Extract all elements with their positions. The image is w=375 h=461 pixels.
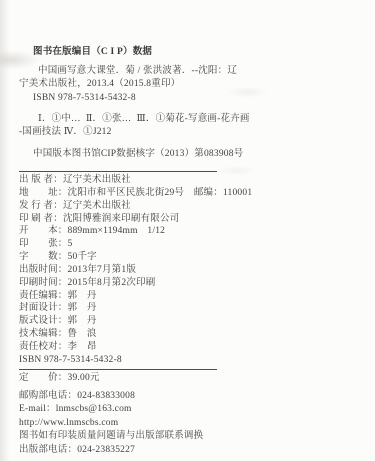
colophon-value: 5 — [68, 239, 73, 249]
cip-title-line-2: 宁美术出版社，2013.4（2015.8重印） — [0, 78, 375, 91]
colophon-value: 50千字 — [68, 252, 97, 262]
colophon-label: 出版时间： — [19, 265, 68, 275]
contact-section: 邮购部电话：024-83833008 E-mail：lnmscbs@163.co… — [0, 390, 375, 457]
colophon-row: 印 张：5 — [0, 238, 375, 251]
colophon-label: 出 版 者： — [19, 175, 63, 185]
colophon-value: 郭 丹 — [68, 316, 97, 326]
price-row: 定 价：39.00元 — [0, 372, 375, 385]
colophon-label: 责任校对： — [19, 342, 68, 352]
colophon-label: 印刷时间： — [19, 278, 68, 288]
colophon-label: 封面设计： — [19, 303, 68, 313]
colophon-row: 版式设计：郭 丹 — [0, 315, 375, 328]
colophon-label: 技术编辑： — [19, 329, 68, 339]
divider-price — [19, 369, 217, 370]
cip-classification-line-2: -国画技法 Ⅳ．①J212 — [0, 126, 375, 139]
cip-classification-line-1: Ⅰ．①中… Ⅱ．①张… Ⅲ．①菊花-写意画-花卉画 — [0, 113, 375, 126]
cip-record-number: 中国版本图书馆CIP数据核字（2013）第083908号 — [0, 148, 375, 161]
colophon-row: 发 行 者：辽宁美术出版社 — [0, 200, 375, 213]
cip-section: 图书在版编目（C I P）数据 中国画写意大课堂．菊 / 张洪波著．--沈阳：辽… — [0, 46, 375, 161]
colophon-row: 开 本：889mm×1194mm 1/12 — [0, 225, 375, 238]
colophon-row: 字 数：50千字 — [0, 251, 375, 264]
colophon-label: 开 本： — [19, 226, 68, 236]
colophon-row: 出 版 者：辽宁美术出版社 — [0, 174, 375, 187]
colophon-value: 郭 丹 — [68, 303, 97, 313]
colophon-value: 889mm×1194mm 1/12 — [68, 226, 166, 236]
colophon-row: 技术编辑：鲁 浪 — [0, 328, 375, 341]
colophon-isbn: ISBN 978-7-5314-5432-8 — [0, 354, 375, 367]
price-value: 39.00元 — [68, 373, 100, 383]
colophon-value: 沈阳博雅润来印刷有限公司 — [63, 214, 179, 224]
colophon-label: 印 张： — [19, 239, 68, 249]
colophon-row: 印 刷 者：沈阳博雅润来印刷有限公司 — [0, 213, 375, 226]
quality-notice: 图书如有印装质量问题请与出版部联系调换 — [0, 430, 375, 443]
mail-order-phone: 邮购部电话：024-83833008 — [0, 390, 375, 403]
price-label: 定 价： — [19, 373, 68, 383]
colophon-label: 版式设计： — [19, 316, 68, 326]
colophon-row: 责任校对：李 昂 — [0, 341, 375, 354]
colophon-row: 地 址：沈阳市和平区民族北街29号 邮编：110001 — [0, 187, 375, 200]
colophon-row: 责任编辑：郭 丹 — [0, 290, 375, 303]
colophon-value: 辽宁美术出版社 — [63, 201, 131, 211]
colophon-value: 2013年7月第1版 — [68, 265, 137, 275]
colophon-label: 字 数： — [19, 252, 68, 262]
book-copyright-page: 图书在版编目（C I P）数据 中国画写意大课堂．菊 / 张洪波著．--沈阳：辽… — [0, 0, 375, 461]
divider-top — [19, 171, 217, 172]
cip-header: 图书在版编目（C I P）数据 — [0, 46, 375, 59]
colophon-value: 郭 丹 — [68, 291, 97, 301]
colophon-row: 印刷时间：2015年8月第2次印刷 — [0, 277, 375, 290]
cip-title-line-1: 中国画写意大课堂．菊 / 张洪波著．--沈阳：辽 — [0, 65, 375, 78]
website-line: http://www.lnmscbs.com — [0, 417, 375, 430]
colophon-row: 封面设计：郭 丹 — [0, 302, 375, 315]
colophon-section: 出 版 者：辽宁美术出版社 地 址：沈阳市和平区民族北街29号 邮编：11000… — [0, 174, 375, 385]
colophon-value: 沈阳市和平区民族北街29号 邮编：110001 — [68, 188, 253, 198]
colophon-value: 鲁 浪 — [68, 329, 97, 339]
colophon-label: 发 行 者： — [19, 201, 63, 211]
colophon-value: 2015年8月第2次印刷 — [68, 278, 156, 288]
colophon-row: 出版时间：2013年7月第1版 — [0, 264, 375, 277]
colophon-label: 印 刷 者： — [19, 214, 63, 224]
colophon-value: 李 昂 — [68, 342, 97, 352]
email-line: E-mail：lnmscbs@163.com — [0, 403, 375, 416]
colophon-value: 辽宁美术出版社 — [63, 175, 131, 185]
publishing-dept-phone: 出版部电话：024-23835227 — [0, 444, 375, 457]
cip-isbn: ISBN 978-7-5314-5432-8 — [0, 92, 375, 105]
colophon-label: 地 址： — [19, 188, 68, 198]
colophon-label: 责任编辑： — [19, 291, 68, 301]
